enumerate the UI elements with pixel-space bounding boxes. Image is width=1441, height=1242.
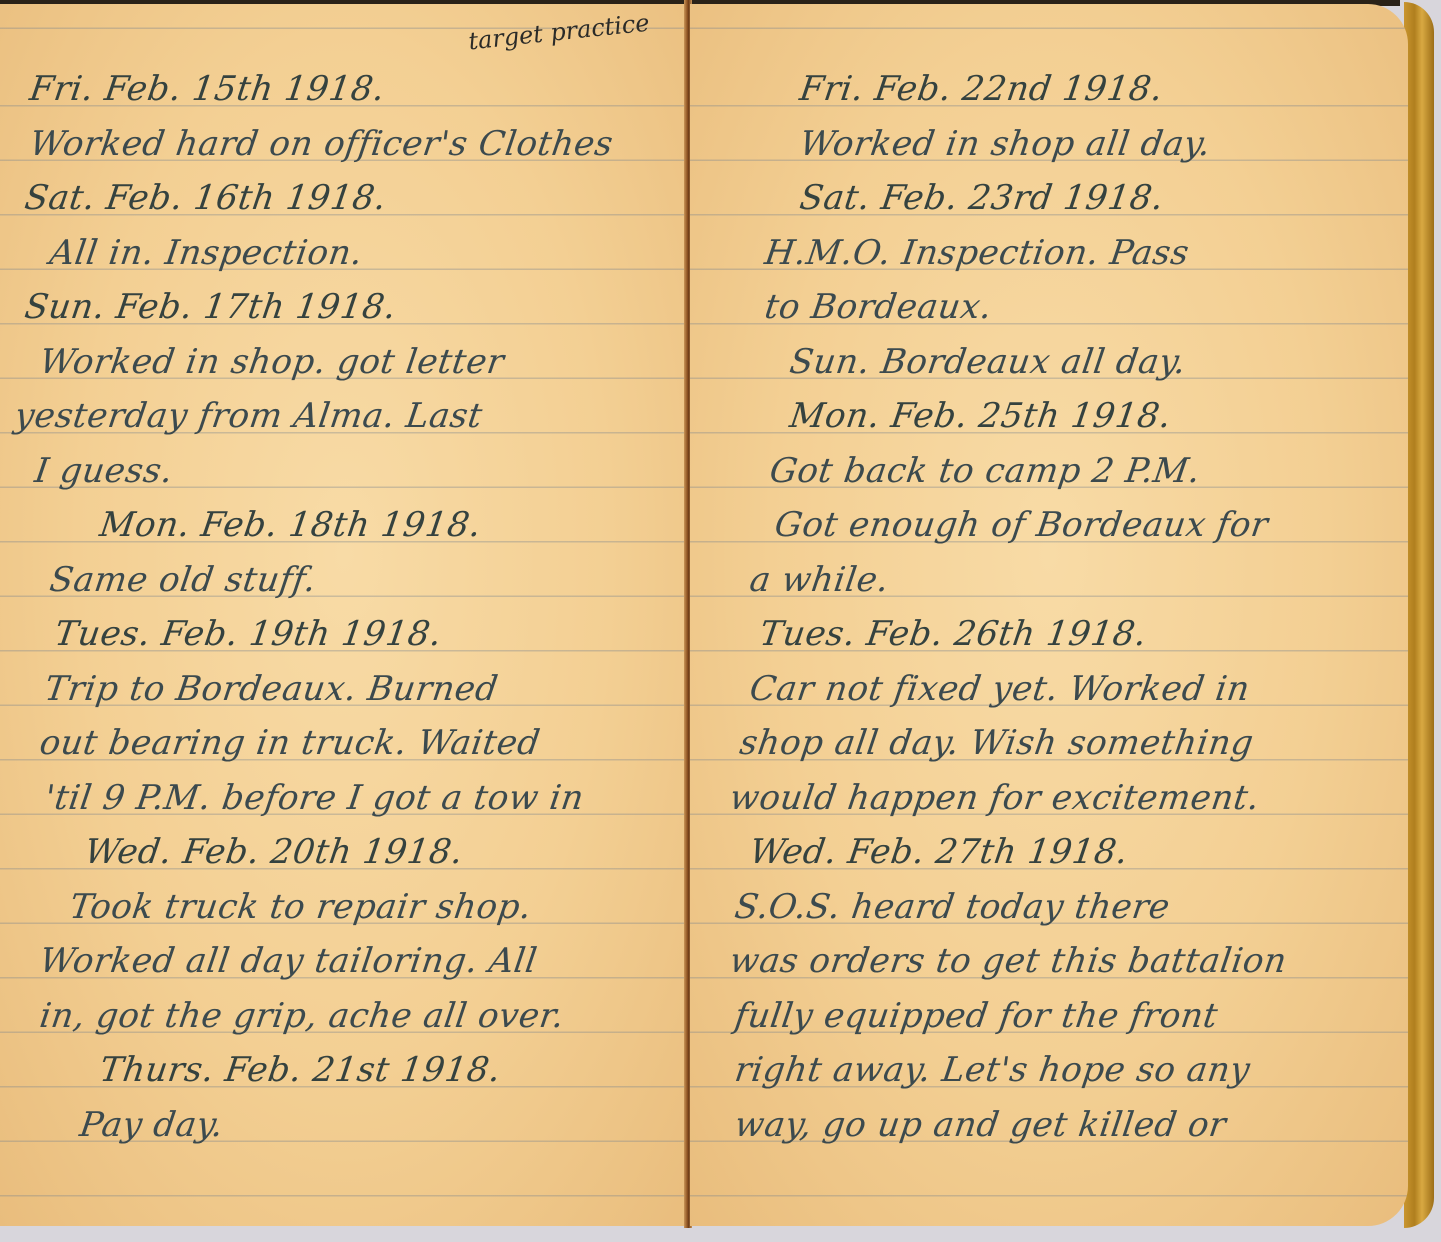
diary-date-line: Tues. Feb. 19th 1918. <box>0 607 688 662</box>
diary-date-line: Sat. Feb. 23rd 1918. <box>690 171 1408 226</box>
diary-date-line: Fri. Feb. 15th 1918. <box>0 62 688 117</box>
diary-date-line: Fri. Feb. 22nd 1918. <box>690 62 1408 117</box>
diary-entry-line: a while. <box>690 553 1408 608</box>
diary-entry-line: Pay day. <box>0 1098 688 1153</box>
right-page: Fri. Feb. 22nd 1918.Worked in shop all d… <box>690 4 1408 1226</box>
diary-entry-line: H.M.O. Inspection. Pass <box>690 226 1408 281</box>
diary-entry-line: Worked in shop. got letter <box>0 335 688 390</box>
diary-date-line: Thurs. Feb. 21st 1918. <box>0 1043 688 1098</box>
left-page-lines: Fri. Feb. 15th 1918.Worked hard on offic… <box>0 4 688 1152</box>
diary-entry-line: yesterday from Alma. Last <box>0 389 688 444</box>
diary-date-line: Tues. Feb. 26th 1918. <box>690 607 1408 662</box>
diary-entry-line: Worked hard on officer's Clothes <box>0 117 688 172</box>
left-page: target practice Fri. Feb. 15th 1918.Work… <box>0 4 688 1226</box>
diary-entry-line: Took truck to repair shop. <box>0 880 688 935</box>
diary-entry-line: 'til 9 P.M. before I got a tow in <box>0 771 688 826</box>
diary-entry-line: Car not fixed yet. Worked in <box>690 662 1408 717</box>
diary-entry-line: shop all day. Wish something <box>690 716 1408 771</box>
diary-entry-line: Trip to Bordeaux. Burned <box>0 662 688 717</box>
diary-entry-line: Got back to camp 2 P.M. <box>690 444 1408 499</box>
diary-date-line: Mon. Feb. 18th 1918. <box>0 498 688 553</box>
diary-date-line: Wed. Feb. 20th 1918. <box>0 825 688 880</box>
diary-date-line: Sun. Feb. 17th 1918. <box>0 280 688 335</box>
open-diary: target practice Fri. Feb. 15th 1918.Work… <box>0 0 1441 1230</box>
diary-date-line: Wed. Feb. 27th 1918. <box>690 825 1408 880</box>
diary-date-line: Mon. Feb. 25th 1918. <box>690 389 1408 444</box>
diary-entry-line: Sun. Bordeaux all day. <box>690 335 1408 390</box>
right-page-lines: Fri. Feb. 22nd 1918.Worked in shop all d… <box>690 4 1408 1152</box>
diary-entry-line: out bearing in truck. Waited <box>0 716 688 771</box>
diary-entry-line: in, got the grip, ache all over. <box>0 989 688 1044</box>
diary-entry-line: Worked in shop all day. <box>690 117 1408 172</box>
diary-entry-line: Worked all day tailoring. All <box>0 934 688 989</box>
diary-entry-line: would happen for excitement. <box>690 771 1408 826</box>
diary-entry-line: S.O.S. heard today there <box>690 880 1408 935</box>
diary-entry-line: right away. Let's hope so any <box>690 1043 1408 1098</box>
diary-entry-line: I guess. <box>0 444 688 499</box>
diary-entry-line: to Bordeaux. <box>690 280 1408 335</box>
diary-date-line: Sat. Feb. 16th 1918. <box>0 171 688 226</box>
diary-entry-line: Got enough of Bordeaux for <box>690 498 1408 553</box>
diary-entry-line: fully equipped for the front <box>690 989 1408 1044</box>
diary-entry-line: was orders to get this battalion <box>690 934 1408 989</box>
diary-entry-line: Same old stuff. <box>0 553 688 608</box>
diary-entry-line: way, go up and get killed or <box>690 1098 1408 1153</box>
gilt-page-edge <box>1404 2 1434 1228</box>
diary-entry-line: All in. Inspection. <box>0 226 688 281</box>
